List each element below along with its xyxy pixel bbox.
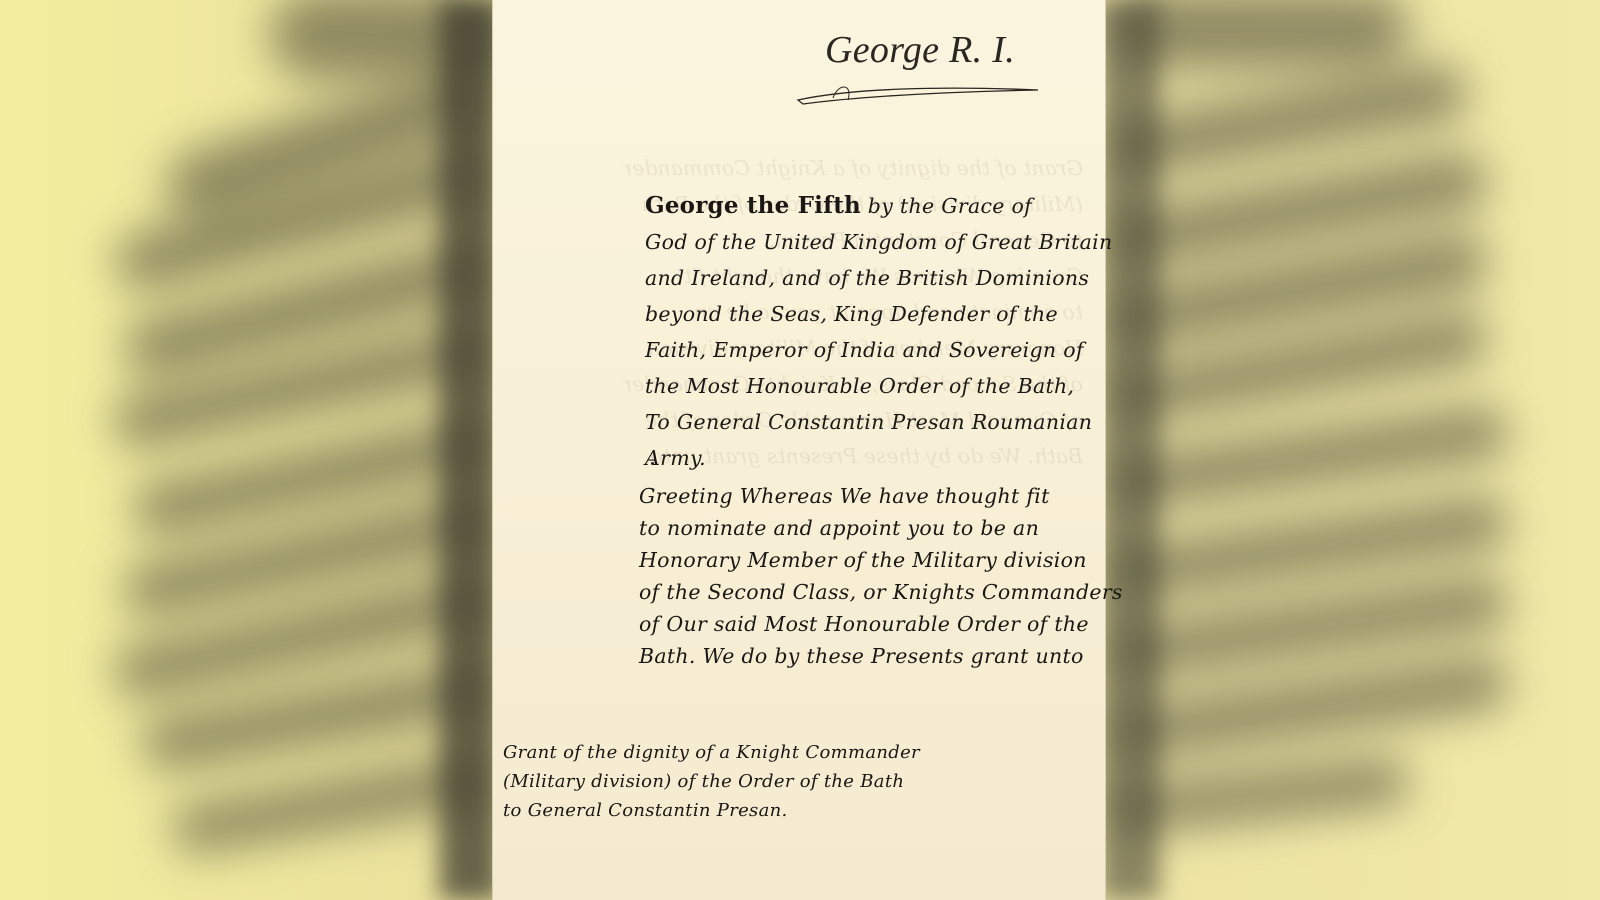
signature-flourish-icon (793, 78, 1043, 108)
greeting-line: Greeting Whereas We have thought fit (639, 480, 1089, 512)
docket-line: to General Constantin Presan. (503, 796, 963, 825)
greeting-line: of Our said Most Honourable Order of the (639, 608, 1089, 640)
greeting-line: Bath. We do by these Presents grant unto (639, 640, 1089, 672)
docket-line: (Military division) of the Order of the … (503, 767, 963, 796)
greeting-line: Honorary Member of the Military division (639, 544, 1089, 576)
heading-line: To General Constantin Presan Roumanian (645, 404, 1085, 440)
docket-note: Grant of the dignity of a Knight Command… (503, 738, 963, 825)
ink-dot (651, 462, 654, 465)
heading-line: Faith, Emperor of India and Sovereign of (645, 332, 1085, 368)
heading-line: the Most Honourable Order of the Bath, (645, 368, 1085, 404)
greeting-paragraph: Greeting Whereas We have thought fit to … (639, 480, 1089, 672)
greeting-line: to nominate and appoint you to be an (639, 512, 1089, 544)
heading-line: God of the United Kingdom of Great Brita… (645, 224, 1085, 260)
heading-line: Army. (645, 440, 1085, 476)
heading-line: beyond the Seas, King Defender of the (645, 296, 1085, 332)
royal-signature: George R. I. (825, 28, 1015, 72)
greeting-line: of the Second Class, or Knights Commande… (639, 576, 1089, 608)
heading-line-1: George the Fifth by the Grace of (645, 188, 1085, 224)
docket-line: Grant of the dignity of a Knight Command… (503, 738, 963, 767)
sovereign-name: George the Fifth (645, 192, 861, 219)
heading-line: and Ireland, and of the British Dominion… (645, 260, 1085, 296)
document-page: Grant of the dignity of a Knight Command… (493, 0, 1105, 900)
proclamation-heading: George the Fifth by the Grace of God of … (645, 188, 1085, 476)
